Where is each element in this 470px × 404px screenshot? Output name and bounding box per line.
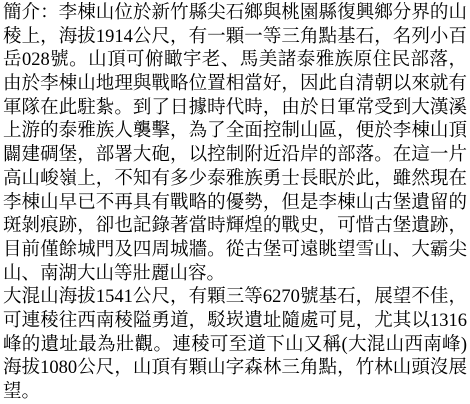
text-line: 大混山海拔1541公尺，有顆三等6270號基石，展望不佳， (3, 286, 467, 310)
text-line: 由於李棟山地理與戰略位置相當好，因此自清朝以來就有 (3, 73, 467, 97)
text-line: 峰的遺址最為壯觀。連稜可至道下山又稱(大混山西南峰) (3, 334, 467, 358)
text-line: 高山峻嶺上，不知有多少泰雅族勇士長眠於此，雖然現在 (3, 168, 467, 192)
text-line: 稜上，海拔1914公尺，有一顆一等三角點基石，名列小百 (3, 26, 467, 50)
text-line: 軍隊在此駐紮。到了日據時代時，由於日軍常受到大漢溪 (3, 97, 467, 121)
text-line: 望。 (3, 381, 467, 404)
text-line: 簡介：李棟山位於新竹縣尖石鄉與桃園縣復興鄉分界的山 (3, 2, 467, 26)
text-line: 李棟山早已不再具有戰略的優勢，但是李棟山古堡遺留的 (3, 192, 467, 216)
text-line: 海拔1080公尺，山頂有顆山字森林三角點，竹林山頭沒展 (3, 357, 467, 381)
text-line: 岳028號。山頂可俯瞰宇老、馬美諸泰雅族原住民部落， (3, 49, 467, 73)
text-line: 目前僅餘城門及四周城牆。從古堡可遠眺望雪山、大霸尖 (3, 239, 467, 263)
document-text: 簡介：李棟山位於新竹縣尖石鄉與桃園縣復興鄉分界的山 稜上，海拔1914公尺，有一… (0, 0, 470, 404)
text-line: 上游的泰雅族人襲擊，為了全面控制山區，便於李棟山頂 (3, 120, 467, 144)
text-line: 斑剝痕跡，卻也記錄著當時輝煌的戰史，可惜古堡遺跡， (3, 215, 467, 239)
text-line: 山、南湖大山等壯麗山容。 (3, 263, 467, 287)
text-line: 可連稜往西南稜隘勇道，駁崁遺址隨處可見，尤其以1316 (3, 310, 467, 334)
text-line: 闢建碉堡，部署大砲，以控制附近沿岸的部落。在這一片 (3, 144, 467, 168)
